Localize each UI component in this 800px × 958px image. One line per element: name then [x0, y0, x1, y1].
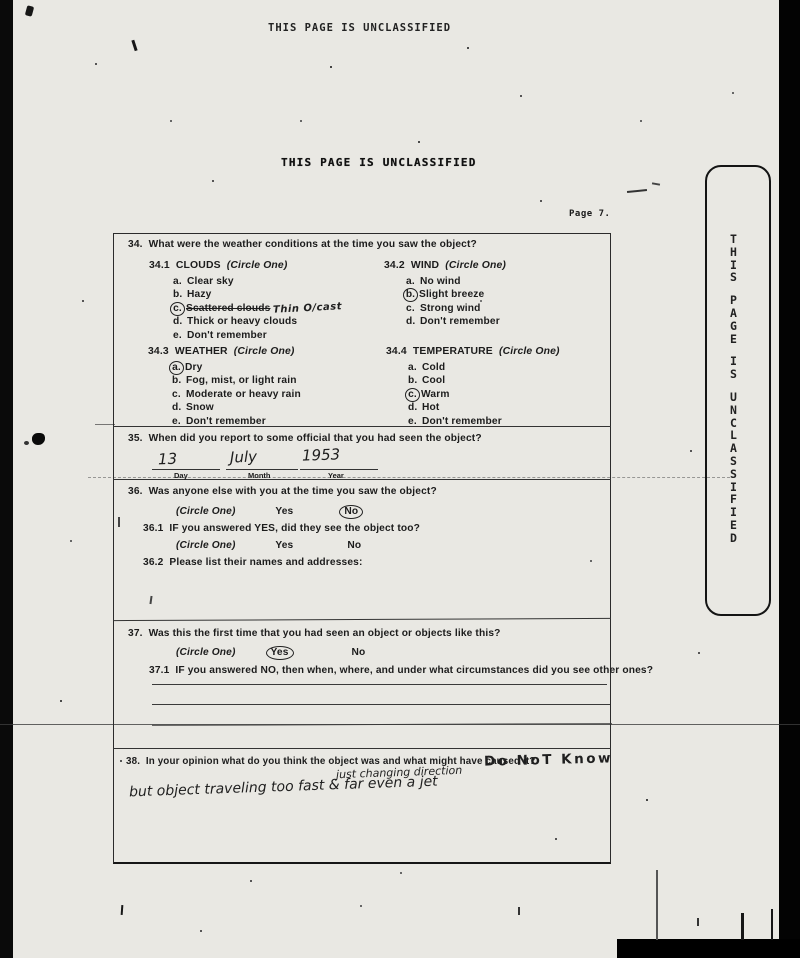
section-divider — [113, 618, 611, 621]
option-row-circled: a.Dry — [172, 361, 301, 374]
circle-one-note: (Circle One) — [176, 506, 236, 517]
circled-option-letter: c. — [170, 302, 185, 316]
scan-mark — [652, 182, 660, 185]
handwritten-month: July — [230, 448, 258, 467]
scan-noise-specks — [0, 0, 2, 2]
section-title: TEMPERATURE — [413, 346, 493, 357]
option-letter: e. — [173, 329, 187, 342]
question-number: 37.1 — [149, 665, 169, 676]
option-row: b.Hazy — [173, 288, 343, 301]
question-text: IF you answered NO, then when, where, an… — [175, 665, 653, 676]
question-36-1: 36.1 IF you answered YES, did they see t… — [143, 523, 420, 534]
option-letter: c. — [172, 388, 186, 401]
question-36-2: 36.2 Please list their names and address… — [143, 557, 363, 568]
option-letter: d. — [408, 401, 422, 414]
scan-mark — [131, 40, 137, 51]
answer-line — [152, 684, 607, 685]
option-row: a.Clear sky — [173, 275, 343, 288]
top-unclassified-header: THIS PAGE IS UNCLASSIFIED — [268, 22, 451, 34]
option-label: Slight breeze — [419, 288, 484, 301]
stamp-word: IS — [727, 355, 740, 381]
option-label: Snow — [186, 401, 214, 414]
option-label: Fog, mist, or light rain — [186, 374, 297, 387]
section-number: 34.3 — [148, 346, 169, 357]
option-letter: d. — [406, 315, 420, 328]
option-row: d.Don't remember — [406, 315, 506, 328]
question-text: Was anyone else with you at the time you… — [149, 486, 437, 497]
section-number: 34.1 — [149, 260, 170, 271]
answer-line — [152, 723, 612, 726]
option-letter: a. — [408, 361, 422, 374]
circle-one-note: (Circle One) — [227, 260, 288, 271]
option-row: a.Cold — [408, 361, 560, 374]
option-label: Don't remember — [420, 315, 500, 328]
section-title: WIND — [411, 260, 439, 271]
scan-mark — [771, 909, 773, 940]
circle-one-note: (Circle One) — [176, 647, 236, 658]
no-choice-circled: No — [339, 505, 363, 519]
question-34: 34. What were the weather conditions at … — [128, 239, 477, 250]
question-number: 36. — [128, 486, 143, 497]
question-text: IF you answered YES, did they see the ob… — [169, 523, 420, 534]
circle-one-note: (Circle One) — [176, 540, 236, 551]
scan-mark — [25, 5, 34, 16]
option-label: Don't remember — [422, 415, 502, 428]
option-label: Cold — [422, 361, 445, 374]
question-37-1: 37.1 IF you answered NO, then when, wher… — [149, 665, 653, 676]
option-label: Don't remember — [187, 329, 267, 342]
option-row-circled: b.Slight breeze — [406, 288, 506, 301]
scan-line-extension — [95, 424, 115, 425]
option-row: c.Strong wind — [406, 302, 506, 315]
question-35: 35. When did you report to some official… — [128, 433, 482, 444]
option-label: Clear sky — [187, 275, 234, 288]
option-row: b.Cool — [408, 374, 560, 387]
scan-mark — [656, 870, 658, 940]
question-number: 35. — [128, 433, 143, 444]
stamp-word: THIS — [727, 233, 740, 284]
year-blank-line — [300, 469, 378, 470]
option-letter: b. — [173, 288, 187, 301]
option-row: a.No wind — [406, 275, 506, 288]
page-number-label: Page 7. — [569, 209, 610, 219]
question-number: 37. — [128, 628, 143, 639]
circled-option-letter: a. — [169, 361, 184, 375]
option-label: Thick or heavy clouds — [187, 315, 297, 328]
circle-one-note: (Circle One) — [445, 260, 506, 271]
option-row: d.Snow — [172, 401, 301, 414]
yes-choice-circled: Yes — [266, 646, 294, 660]
scan-mark — [697, 918, 699, 926]
question-38: 38. In your opinion what do you think th… — [126, 756, 535, 767]
option-label: Strong wind — [420, 302, 481, 315]
section-header: 34.1 CLOUDS (Circle One) — [149, 260, 343, 271]
option-row-circled: c.Scattered clouds Thin O/cast — [173, 302, 343, 315]
option-row: e.Don't remember — [173, 329, 343, 342]
scan-mark — [627, 189, 647, 193]
circle-one-note: (Circle One) — [499, 346, 560, 357]
option-letter: a. — [406, 275, 420, 288]
option-letter: e. — [172, 415, 186, 428]
question-36-choice-row: (Circle One) Yes No — [176, 506, 359, 517]
question-text: When did you report to some official tha… — [149, 433, 482, 444]
section-title: CLOUDS — [176, 260, 221, 271]
section-34-4-temperature: 34.4 TEMPERATURE (Circle One) a.Cold b.C… — [386, 346, 560, 428]
mid-unclassified-header: THIS PAGE IS UNCLASSIFIED — [281, 156, 477, 169]
option-letter: b. — [408, 374, 422, 387]
handwritten-day: 13 — [158, 450, 178, 469]
question-number: 38. — [126, 756, 140, 767]
no-choice: No — [347, 540, 361, 551]
option-label: No wind — [420, 275, 461, 288]
day-blank-line — [152, 469, 220, 470]
section-title: WEATHER — [175, 346, 228, 357]
scan-edge-right — [779, 0, 800, 958]
section-number: 34.2 — [384, 260, 405, 271]
option-label: Hazy — [187, 288, 211, 301]
handwritten-year: 1953 — [302, 445, 341, 464]
question-37-choice-row: (Circle One) Yes No — [176, 647, 365, 658]
section-34-2-wind: 34.2 WIND (Circle One) a.No wind b.Sligh… — [384, 260, 506, 329]
option-row: e.Don't remember — [408, 415, 560, 428]
questionnaire-form-box: 34. What were the weather conditions at … — [113, 233, 611, 864]
question-36-1-choice-row: (Circle One) Yes No — [176, 540, 361, 551]
scan-mark — [741, 913, 744, 940]
section-divider — [113, 748, 611, 749]
year-label: Year — [328, 471, 344, 480]
scan-ink-blob — [32, 433, 45, 445]
option-letter: b. — [172, 374, 186, 387]
stamp-word: UNCLASSIFIED — [727, 391, 740, 545]
option-label: Hot — [422, 401, 439, 414]
section-number: 34.4 — [386, 346, 407, 357]
option-letter: a. — [173, 275, 187, 288]
scan-band-bottom — [617, 939, 800, 958]
day-label: Day — [174, 471, 188, 480]
option-row: d.Hot — [408, 401, 560, 414]
question-text: What were the weather conditions at the … — [149, 239, 477, 250]
section-34-3-weather: 34.3 WEATHER (Circle One) a.Dry b.Fog, m… — [148, 346, 301, 428]
question-number: 36.1 — [143, 523, 163, 534]
option-row: c.Moderate or heavy rain — [172, 388, 301, 401]
scan-mark — [24, 441, 29, 445]
option-label: Moderate or heavy rain — [186, 388, 301, 401]
option-row-circled: c.Warm — [408, 388, 560, 401]
question-number: 34. — [128, 239, 143, 250]
question-number: 36.2 — [143, 557, 163, 568]
scan-mark — [121, 905, 124, 915]
question-text: Please list their names and addresses: — [169, 557, 362, 568]
question-text: Was this the first time that you had see… — [149, 628, 501, 639]
scan-edge-left — [0, 0, 13, 958]
option-label: Cool — [422, 374, 445, 387]
circled-option-letter: c. — [405, 388, 420, 402]
option-label-struck: Scattered clouds — [186, 302, 271, 315]
yes-choice: Yes — [275, 506, 293, 517]
option-letter: e. — [408, 415, 422, 428]
month-label: Month — [248, 471, 271, 480]
question-36: 36. Was anyone else with you at the time… — [128, 486, 437, 497]
circle-one-note: (Circle One) — [234, 346, 295, 357]
option-label: Don't remember — [186, 415, 266, 428]
stamp-word: PAGE — [727, 294, 740, 345]
option-label: Warm — [421, 388, 450, 401]
circled-option-letter: b. — [403, 288, 418, 302]
scanned-document-page: THIS PAGE IS UNCLASSIFIED THIS PAGE IS U… — [0, 0, 800, 958]
month-blank-line — [226, 469, 298, 470]
option-letter: d. — [173, 315, 187, 328]
question-text: In your opinion what do you think the ob… — [146, 756, 536, 767]
option-label: Dry — [185, 361, 202, 374]
answer-line — [152, 704, 610, 705]
scan-mark — [518, 907, 520, 915]
no-choice: No — [352, 647, 366, 658]
handwritten-answer: Do NoT Know — [484, 750, 613, 769]
section-header: 34.3 WEATHER (Circle One) — [148, 346, 301, 357]
option-letter: d. — [172, 401, 186, 414]
question-37: 37. Was this the first time that you had… — [128, 628, 501, 639]
option-row: e.Don't remember — [172, 415, 301, 428]
yes-choice: Yes — [275, 540, 293, 551]
option-letter: c. — [406, 302, 420, 315]
option-row: d.Thick or heavy clouds — [173, 315, 343, 328]
handwritten-answer: but object traveling too fast & far even… — [129, 774, 438, 801]
side-stamp-vertical-text: THIS PAGE IS UNCLASSIFIED — [727, 233, 740, 555]
section-34-1-clouds: 34.1 CLOUDS (Circle One) a.Clear sky b.H… — [149, 260, 343, 342]
option-row: b.Fog, mist, or light rain — [172, 374, 301, 387]
section-header: 34.4 TEMPERATURE (Circle One) — [386, 346, 560, 357]
section-header: 34.2 WIND (Circle One) — [384, 260, 506, 271]
